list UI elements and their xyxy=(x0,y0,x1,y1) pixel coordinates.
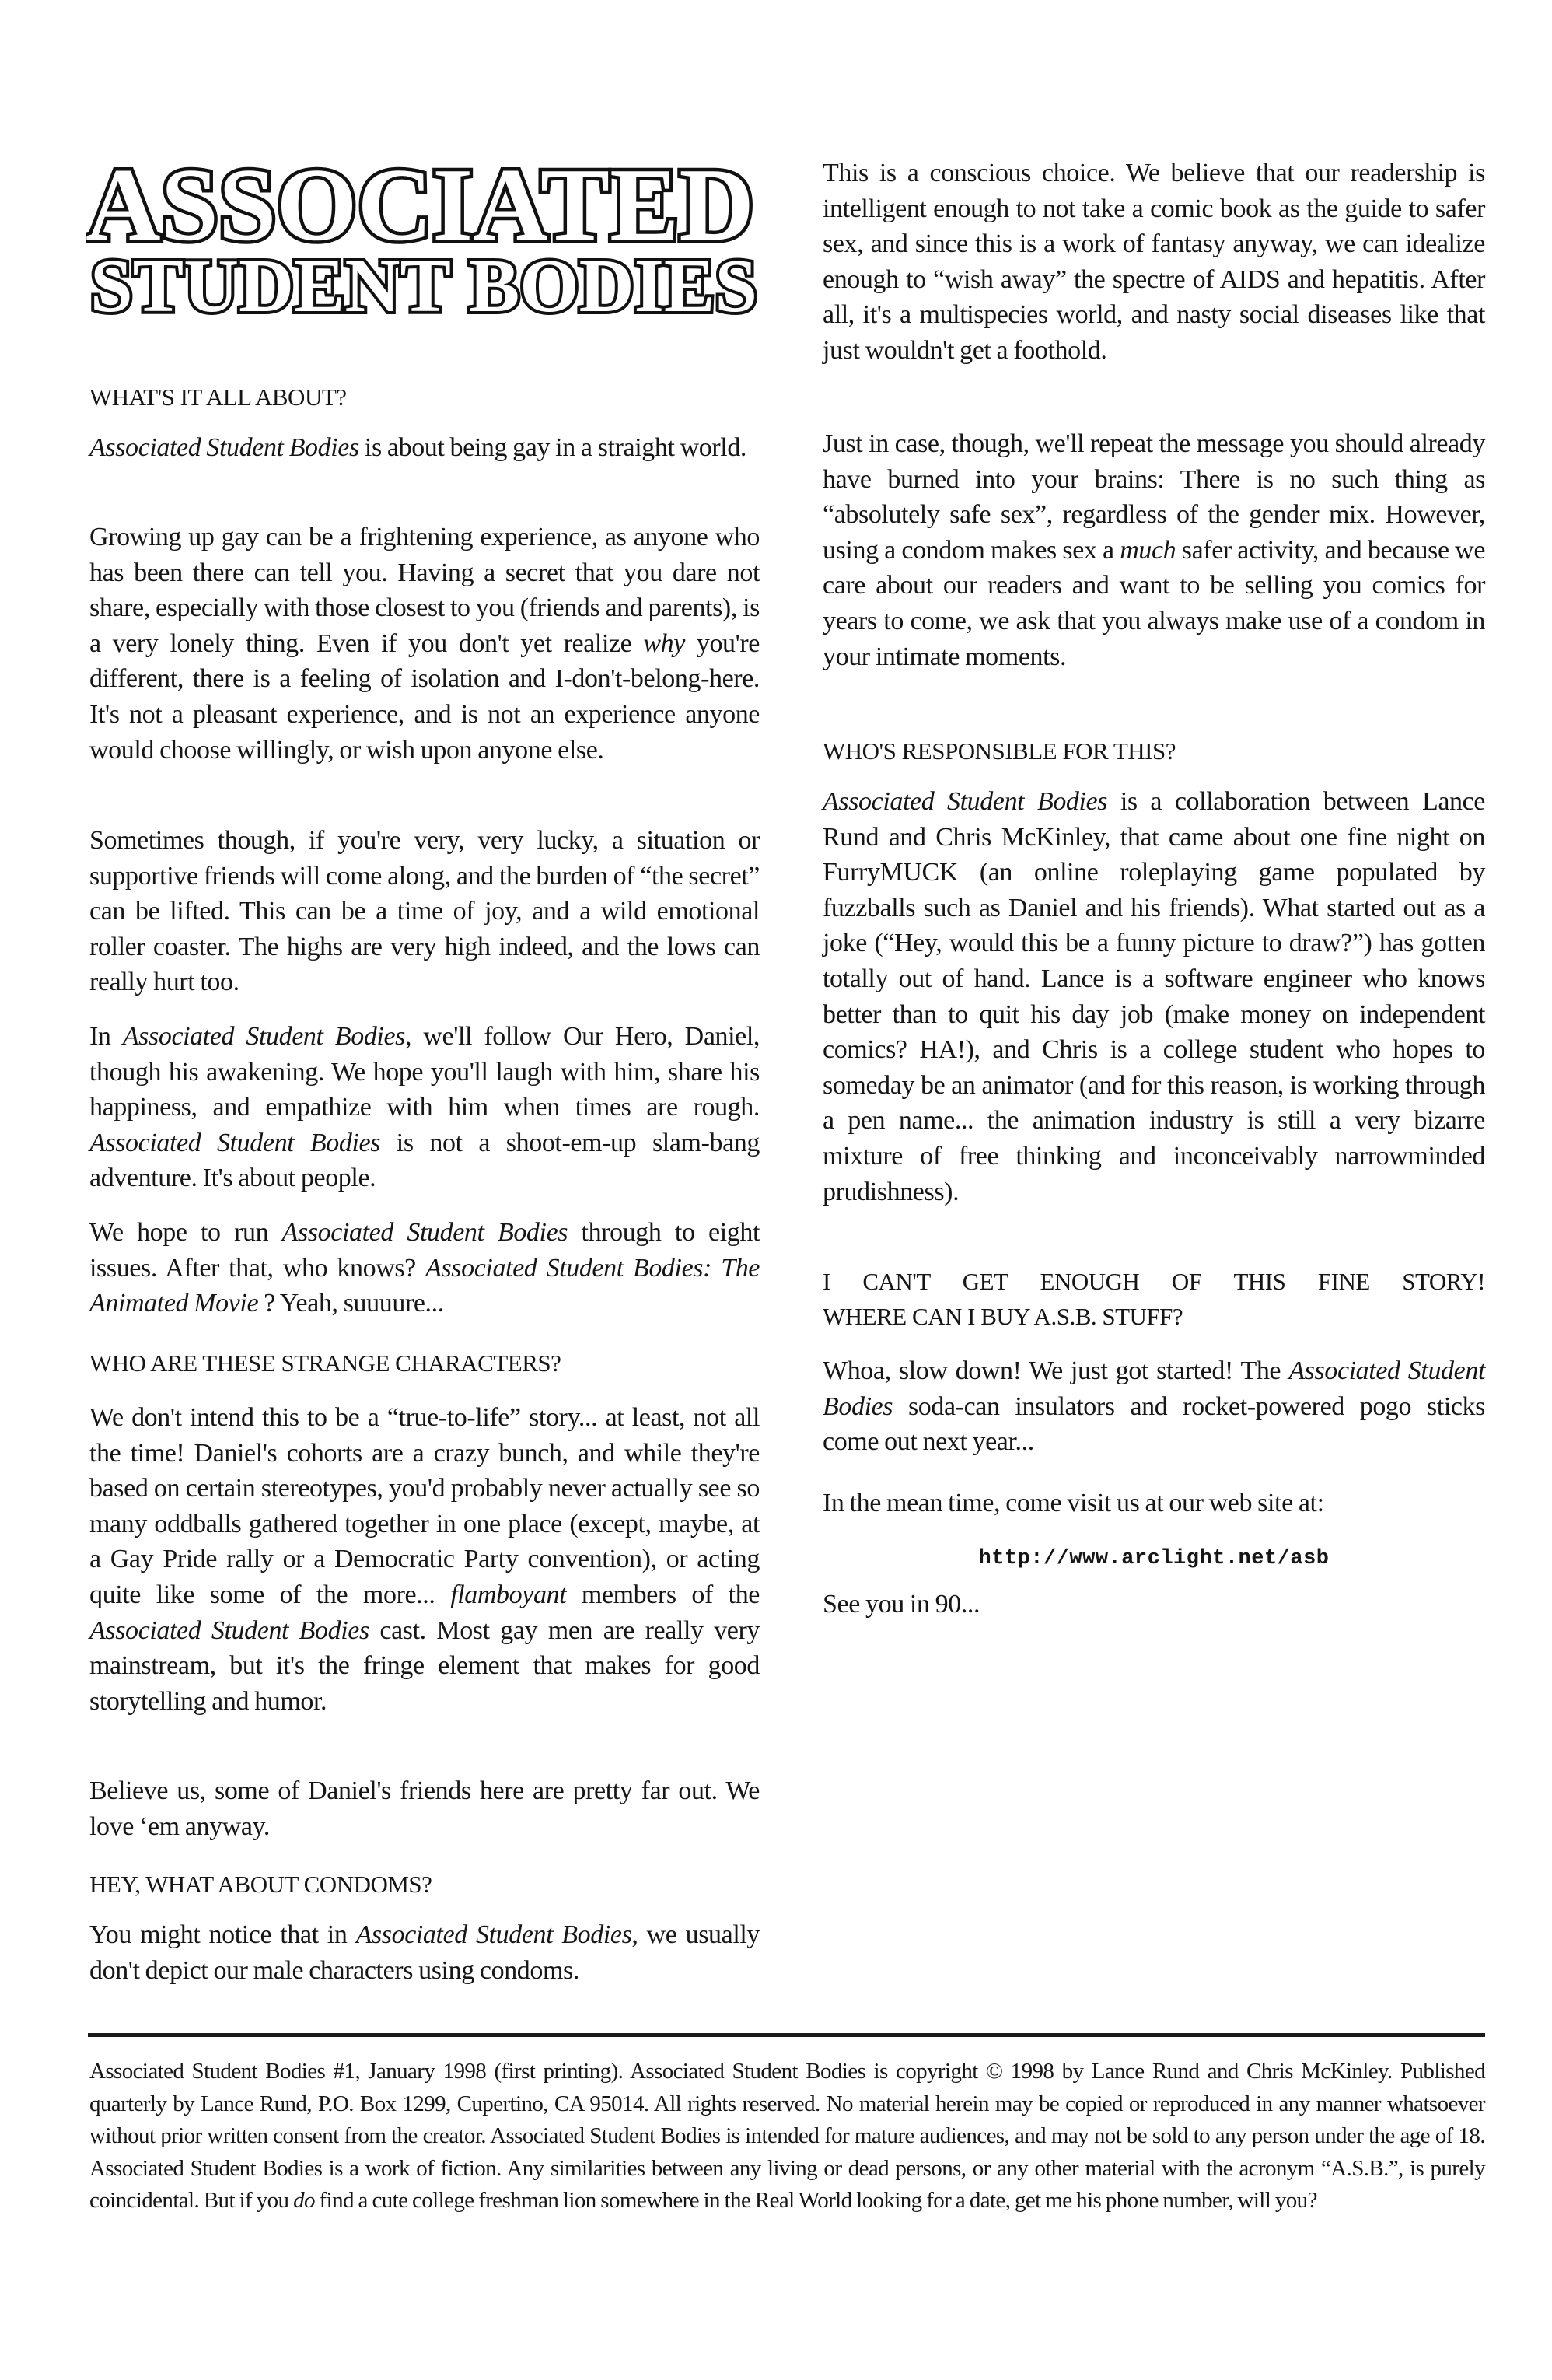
footer-divider xyxy=(88,2033,1485,2037)
paragraph-growing-up: Growing up gay can be a frightening expe… xyxy=(89,520,760,768)
title-italic: Associated Student Bodies xyxy=(356,1920,632,1949)
masthead-line-2: STUDENT BODIES xyxy=(90,244,757,327)
emphasis-italic: do xyxy=(293,2188,315,2213)
paragraph-text: soda-can insulators and rocket-powered p… xyxy=(823,1392,1485,1457)
paragraph-our-hero: In Associated Student Bodies, we'll foll… xyxy=(89,1019,760,1196)
title-italic: Associated Student Bodies xyxy=(89,1129,380,1157)
title-italic: Associated Student Bodies xyxy=(89,1616,369,1645)
paragraph-slow-down: Whoa, slow down! We just got started! Th… xyxy=(823,1353,1485,1460)
section-heading-whats-it-about: WHAT'S IT ALL ABOUT? xyxy=(89,380,760,415)
paragraph-text: See you in 90... xyxy=(823,1590,980,1619)
paragraph-text: Believe us, some of Daniel's friends her… xyxy=(89,1776,760,1841)
section-heading-where-buy: WHERE CAN I BUY A.S.B. STUFF? xyxy=(823,1299,1485,1334)
paragraph-text: In xyxy=(89,1022,123,1051)
section-heading-strange-characters: WHO ARE THESE STRANGE CHARACTERS? xyxy=(89,1346,760,1381)
paragraph-text: Sometimes though, if you're very, very l… xyxy=(89,826,760,996)
website-url-link[interactable]: http://www.arclight.net/asb xyxy=(823,1543,1485,1574)
paragraph-text: Whoa, slow down! We just got started! Th… xyxy=(823,1356,1288,1385)
paragraph-true-to-life: We don't intend this to be a “true-to-li… xyxy=(89,1400,760,1719)
paragraph-text: members of the xyxy=(566,1580,760,1609)
paragraph-believe-us: Believe us, some of Daniel's friends her… xyxy=(89,1773,760,1844)
masthead-logo-graphic: ASSOCIATED STUDENT BODIES xyxy=(86,148,762,327)
paragraph-text: We don't intend this to be a “true-to-li… xyxy=(89,1403,760,1609)
paragraph-text: is a collaboration between Lance Rund an… xyxy=(823,787,1485,1206)
paragraph-text: In the mean time, come visit us at our w… xyxy=(823,1489,1324,1517)
paragraph-web-site: In the mean time, come visit us at our w… xyxy=(823,1486,1485,1521)
section-heading-condoms: HEY, WHAT ABOUT CONDOMS? xyxy=(89,1867,760,1902)
page: ASSOCIATED STUDENT BODIES WHAT'S IT ALL … xyxy=(0,0,1552,2380)
emphasis-italic: why xyxy=(643,629,685,658)
paragraph-sometimes: Sometimes though, if you're very, very l… xyxy=(89,823,760,1000)
section-heading-responsible: WHO'S RESPONSIBLE FOR THIS? xyxy=(823,733,1485,768)
paragraph-text: is about being gay in a straight world. xyxy=(359,433,746,462)
paragraph-just-in-case: Just in case, though, we'll repeat the m… xyxy=(823,426,1485,674)
paragraph-text: This is a conscious choice. We believe t… xyxy=(823,159,1485,365)
emphasis-italic: flamboyant xyxy=(450,1580,566,1609)
colophon-copyright: Associated Student Bodies #1, January 19… xyxy=(89,2056,1485,2217)
masthead-logo: ASSOCIATED STUDENT BODIES xyxy=(86,148,762,327)
paragraph-intro: Associated Student Bodies is about being… xyxy=(89,430,760,466)
paragraph-text: ? Yeah, suuuure... xyxy=(258,1289,444,1318)
paragraph-see-you: See you in 90... xyxy=(823,1587,1485,1622)
title-italic: Associated Student Bodies xyxy=(123,1022,405,1051)
title-italic: Associated Student Bodies xyxy=(89,433,359,462)
paragraph-text: We hope to run xyxy=(89,1218,282,1247)
emphasis-italic: much xyxy=(1120,536,1176,565)
paragraph-eight-issues: We hope to run Associated Student Bodies… xyxy=(89,1215,760,1321)
title-italic: Associated Student Bodies xyxy=(282,1218,568,1247)
title-italic: Associated Student Bodies xyxy=(823,787,1107,816)
paragraph-text: You might notice that in xyxy=(89,1920,356,1949)
paragraph-collaboration: Associated Student Bodies is a collabora… xyxy=(823,784,1485,1209)
colophon-text: find a cute college freshman lion somewh… xyxy=(315,2188,1317,2213)
paragraph-condoms: You might notice that in Associated Stud… xyxy=(89,1917,760,1988)
section-heading-cant-get-enough: I CAN'T GET ENOUGH OF THIS FINE STORY! xyxy=(823,1264,1485,1299)
paragraph-conscious-choice: This is a conscious choice. We believe t… xyxy=(823,156,1485,369)
